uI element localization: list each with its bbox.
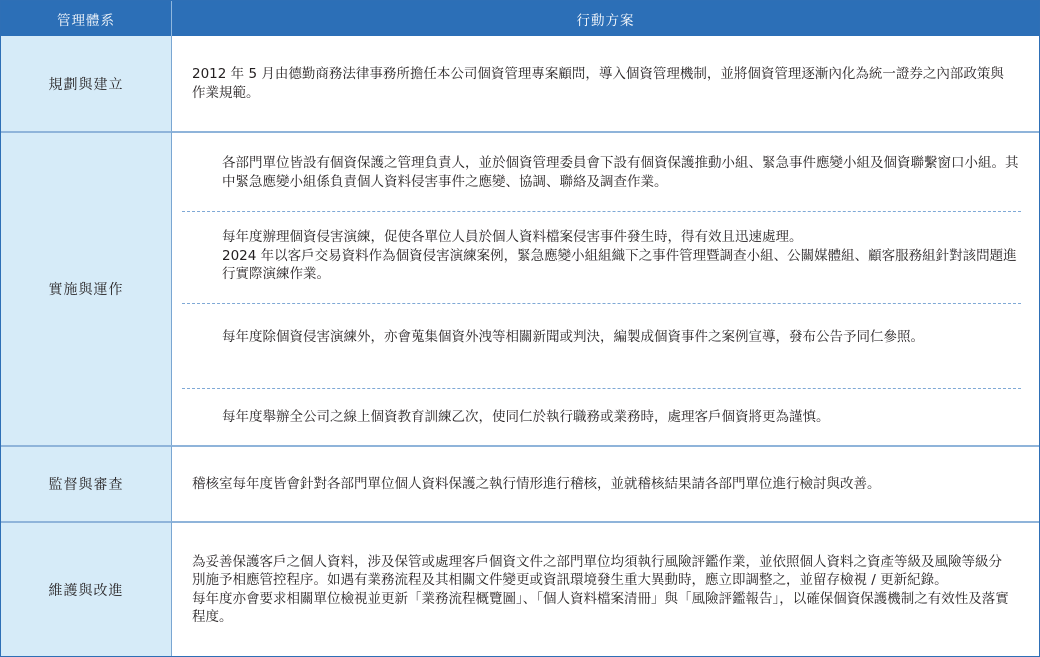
header-management-system: 管理體系 bbox=[1, 1, 172, 36]
row-content-maintenance: 為妥善保護客戶之個人資料，涉及保管或處理客戶個資文件之部門單位均須執行風險評鑑作… bbox=[172, 521, 1039, 656]
bullet-text: 每年度除個資侵害演練外，亦會蒐集個資外洩等相關新聞或判決，編製成個資事件之案例宣… bbox=[222, 328, 924, 347]
planning-text: 2012 年 5 月由德勤商務法律事務所擔任本公司個資管理專案顧問，導入個資管理… bbox=[192, 65, 1011, 102]
diamond-bullet-icon bbox=[182, 228, 202, 240]
row-label-maintenance: 維護與改進 bbox=[1, 521, 172, 656]
bullet-item: 每年度舉辦全公司之線上個資教育訓練乙次，使同仁於執行職務或業務時，處理客戶個資將… bbox=[182, 389, 1021, 445]
bullet-item: 每年度辦理個資侵害演練，促使各單位人員於個人資料檔案侵害事件發生時，得有效且迅速… bbox=[182, 212, 1021, 304]
bullet-item: 各部門單位皆設有個資保護之管理負責人，並於個資管理委員會下設有個資保護推動小組、… bbox=[182, 133, 1021, 212]
diamond-bullet-icon bbox=[182, 408, 202, 420]
bullet-text: 每年度辦理個資侵害演練，促使各單位人員於個人資料檔案侵害事件發生時，得有效且迅速… bbox=[222, 228, 1021, 247]
bullet-text: 每年度舉辦全公司之線上個資教育訓練乙次，使同仁於執行職務或業務時，處理客戶個資將… bbox=[222, 408, 830, 427]
diamond-bullet-icon bbox=[182, 154, 202, 166]
maintenance-text: 為妥善保護客戶之個人資料，涉及保管或處理客戶個資文件之部門單位均須執行風險評鑑作… bbox=[192, 553, 1011, 590]
row-content-supervision: 稽核室每年度皆會針對各部門單位個人資料保護之執行情形進行稽核，並就稽核結果請各部… bbox=[172, 445, 1039, 521]
bullet-text: 各部門單位皆設有個資保護之管理負責人，並於個資管理委員會下設有個資保護推動小組、… bbox=[222, 154, 1021, 191]
header-action-plan: 行動方案 bbox=[172, 1, 1039, 36]
maintenance-text: 每年度亦會要求相關單位檢視並更新「業務流程概覽圖」、「個人資料檔案清冊」與「風險… bbox=[192, 590, 1011, 627]
row-label-planning: 規劃與建立 bbox=[1, 36, 172, 131]
action-plan-table: 管理體系 行動方案 規劃與建立 2012 年 5 月由德勤商務法律事務所擔任本公… bbox=[0, 0, 1040, 657]
bullet-text: 2024 年以客戶交易資料作為個資侵害演練案例，緊急應變小組組織下之事件管理暨調… bbox=[222, 247, 1021, 284]
diamond-bullet-icon bbox=[182, 328, 202, 340]
row-content-implementation: 各部門單位皆設有個資保護之管理負責人，並於個資管理委員會下設有個資保護推動小組、… bbox=[172, 131, 1039, 445]
row-label-implementation: 實施與運作 bbox=[1, 131, 172, 445]
row-content-planning: 2012 年 5 月由德勤商務法律事務所擔任本公司個資管理專案顧問，導入個資管理… bbox=[172, 36, 1039, 131]
bullet-item: 每年度除個資侵害演練外，亦會蒐集個資外洩等相關新聞或判決，編製成個資事件之案例宣… bbox=[182, 304, 1021, 389]
supervision-text: 稽核室每年度皆會針對各部門單位個人資料保護之執行情形進行稽核，並就稽核結果請各部… bbox=[192, 475, 1011, 494]
row-label-supervision: 監督與審查 bbox=[1, 445, 172, 521]
